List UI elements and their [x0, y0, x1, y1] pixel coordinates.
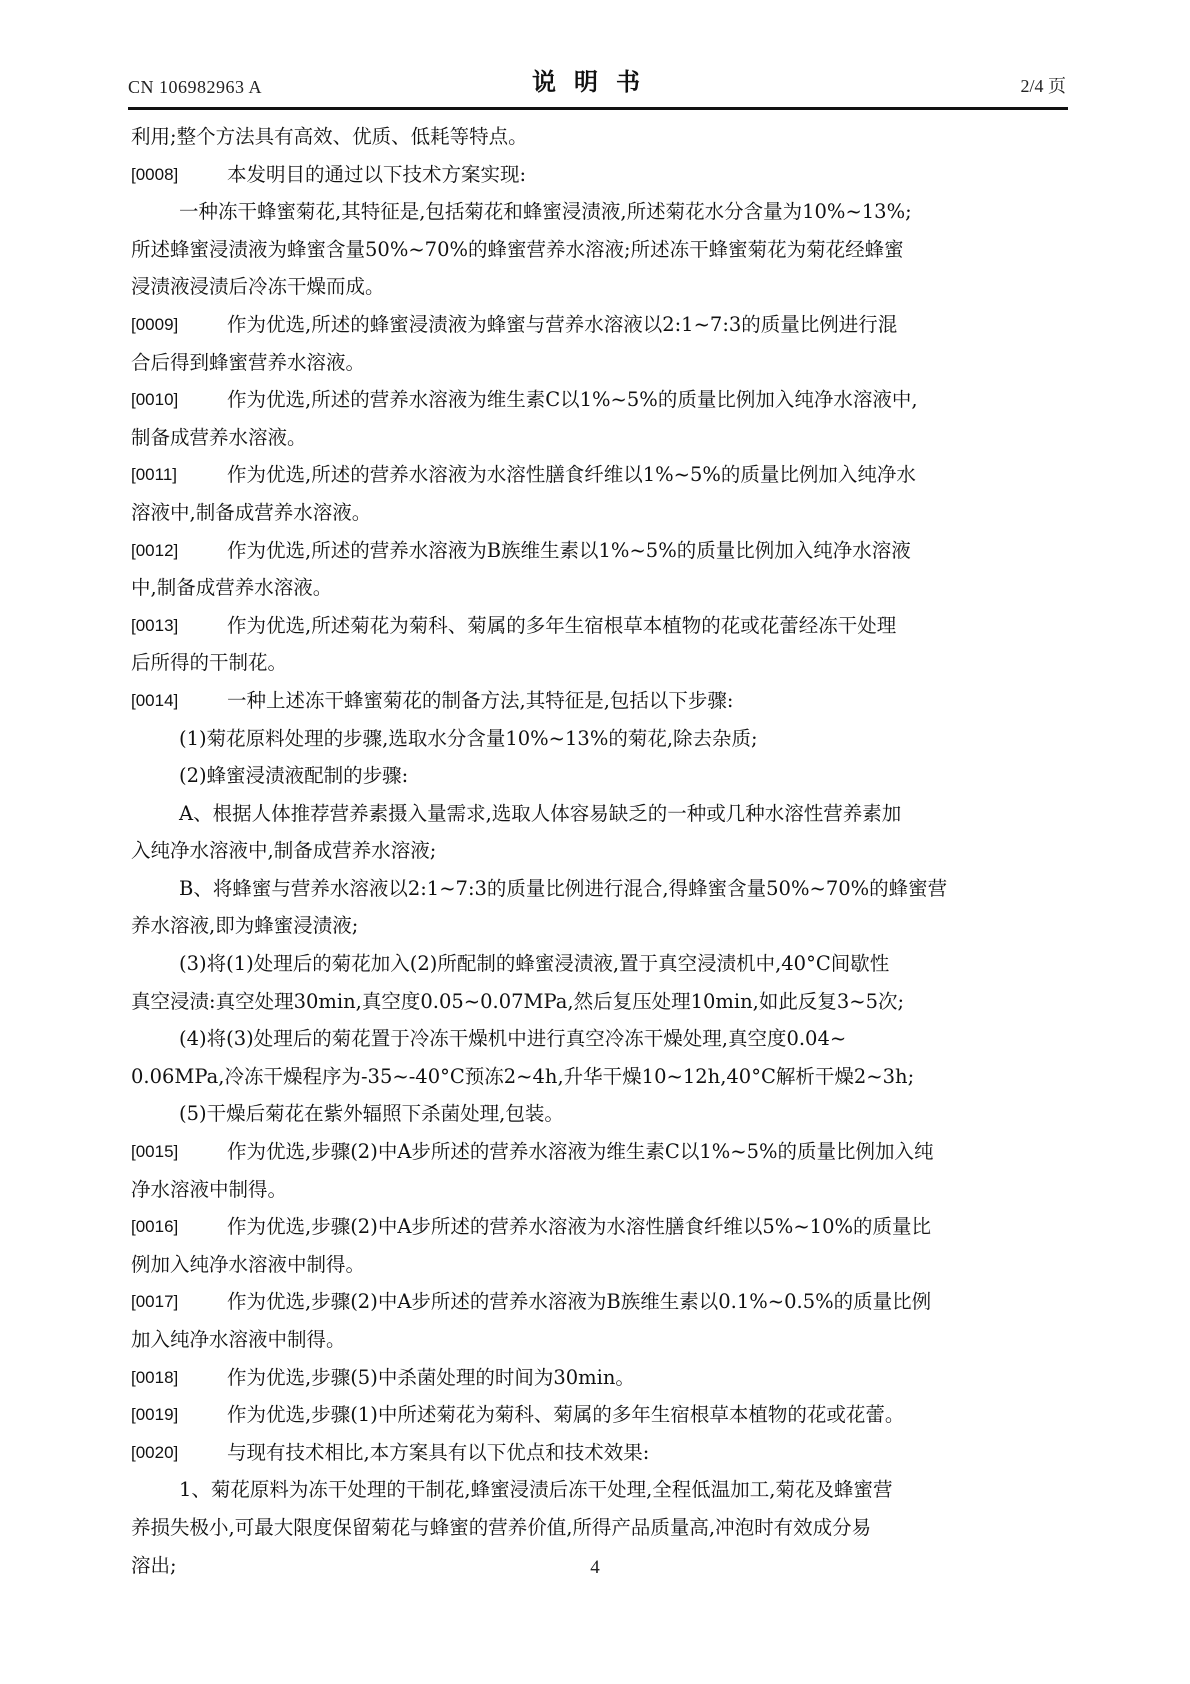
line-text: 例加入纯净水溶液中制得。 [131, 1246, 365, 1284]
paragraph-start-line: [0010]作为优选,所述的营养水溶液为维生素C以1%~5%的质量比例加入纯净水… [131, 381, 1071, 419]
line-text: (3)将(1)处理后的菊花加入(2)所配制的蜂蜜浸渍液,置于真空浸渍机中,40°… [179, 945, 889, 983]
text-line: 利用;整个方法具有高效、优质、低耗等特点。 [131, 118, 1071, 156]
paragraph-number: [0014] [131, 682, 227, 720]
line-text: 利用;整个方法具有高效、优质、低耗等特点。 [131, 118, 528, 156]
paragraph-number: [0012] [131, 532, 227, 570]
paragraph-start-line: [0016]作为优选,步骤(2)中A步所述的营养水溶液为水溶性膳食纤维以5%~1… [131, 1208, 1071, 1246]
text-line: 养水溶液,即为蜂蜜浸渍液; [131, 907, 1071, 945]
page-indicator: 2/4 页 [1020, 72, 1066, 98]
text-line: 例加入纯净水溶液中制得。 [131, 1246, 1071, 1284]
line-text: 本发明目的通过以下技术方案实现: [227, 156, 526, 194]
line-text: 0.06MPa,冷冻干燥程序为-35~-40°C预冻2~4h,升华干燥10~12… [131, 1058, 914, 1096]
paragraph-number: [0019] [131, 1396, 227, 1434]
header-rule [128, 107, 1068, 110]
line-text: 后所得的干制花。 [131, 644, 287, 682]
line-text: 作为优选,步骤(2)中A步所述的营养水溶液为B族维生素以0.1%~0.5%的质量… [227, 1283, 931, 1321]
text-line: 所述蜂蜜浸渍液为蜂蜜含量50%~70%的蜂蜜营养水溶液;所述冻干蜂蜜菊花为菊花经… [131, 231, 1071, 269]
paragraph-number: [0009] [131, 306, 227, 344]
text-line: 加入纯净水溶液中制得。 [131, 1321, 1071, 1359]
page-header: CN 106982963 A 说明书 2/4 页 [116, 62, 1074, 102]
line-text: 制备成营养水溶液。 [131, 419, 307, 457]
line-text: A、根据人体推荐营养素摄入量需求,选取人体容易缺乏的一种或几种水溶性营养素加 [179, 795, 901, 833]
text-line: 后所得的干制花。 [131, 644, 1071, 682]
paragraph-start-line: [0014]一种上述冻干蜂蜜菊花的制备方法,其特征是,包括以下步骤: [131, 682, 1071, 720]
paragraph-start-line: [0012]作为优选,所述的营养水溶液为B族维生素以1%~5%的质量比例加入纯净… [131, 532, 1071, 570]
line-text: (2)蜂蜜浸渍液配制的步骤: [179, 757, 408, 795]
text-line: 浸渍液浸渍后冷冻干燥而成。 [131, 268, 1071, 306]
text-line: (5)干燥后菊花在紫外辐照下杀菌处理,包装。 [131, 1095, 1071, 1133]
paragraph-number: [0013] [131, 607, 227, 645]
text-line: 制备成营养水溶液。 [131, 419, 1071, 457]
text-line: 养损失极小,可最大限度保留菊花与蜂蜜的营养价值,所得产品质量高,冲泡时有效成分易 [131, 1509, 1071, 1547]
line-text: 浸渍液浸渍后冷冻干燥而成。 [131, 268, 385, 306]
line-text: 一种冻干蜂蜜菊花,其特征是,包括菊花和蜂蜜浸渍液,所述菊花水分含量为10%~13… [179, 193, 912, 231]
page-number: 4 [0, 1557, 1190, 1579]
line-text: 作为优选,步骤(1)中所述菊花为菊科、菊属的多年生宿根草本植物的花或花蕾。 [227, 1396, 904, 1434]
line-text: 入纯净水溶液中,制备成营养水溶液; [131, 832, 436, 870]
line-text: 作为优选,所述菊花为菊科、菊属的多年生宿根草本植物的花或花蕾经冻干处理 [227, 607, 896, 645]
line-text: 加入纯净水溶液中制得。 [131, 1321, 346, 1359]
text-line: (2)蜂蜜浸渍液配制的步骤: [131, 757, 1071, 795]
paragraph-start-line: [0011]作为优选,所述的营养水溶液为水溶性膳食纤维以1%~5%的质量比例加入… [131, 456, 1071, 494]
text-line: 溶液中,制备成营养水溶液。 [131, 494, 1071, 532]
paragraph-start-line: [0017]作为优选,步骤(2)中A步所述的营养水溶液为B族维生素以0.1%~0… [131, 1283, 1071, 1321]
text-line: 1、菊花原料为冻干处理的干制花,蜂蜜浸渍后冻干处理,全程低温加工,菊花及蜂蜜营 [131, 1471, 1071, 1509]
line-text: 1、菊花原料为冻干处理的干制花,蜂蜜浸渍后冻干处理,全程低温加工,菊花及蜂蜜营 [179, 1471, 893, 1509]
line-text: 合后得到蜂蜜营养水溶液。 [131, 344, 365, 382]
paragraph-number: [0017] [131, 1283, 227, 1321]
text-line: 一种冻干蜂蜜菊花,其特征是,包括菊花和蜂蜜浸渍液,所述菊花水分含量为10%~13… [131, 193, 1071, 231]
line-text: 溶液中,制备成营养水溶液。 [131, 494, 371, 532]
text-line: 真空浸渍:真空处理30min,真空度0.05~0.07MPa,然后复压处理10m… [131, 983, 1071, 1021]
line-text: 中,制备成营养水溶液。 [131, 569, 332, 607]
paragraph-number: [0020] [131, 1434, 227, 1472]
paragraph-start-line: [0013]作为优选,所述菊花为菊科、菊属的多年生宿根草本植物的花或花蕾经冻干处… [131, 607, 1071, 645]
document-title: 说明书 [116, 62, 1074, 97]
line-text: 作为优选,步骤(2)中A步所述的营养水溶液为水溶性膳食纤维以5%~10%的质量比 [227, 1208, 931, 1246]
paragraph-start-line: [0008]本发明目的通过以下技术方案实现: [131, 156, 1071, 194]
text-line: A、根据人体推荐营养素摄入量需求,选取人体容易缺乏的一种或几种水溶性营养素加 [131, 795, 1071, 833]
paragraph-number: [0008] [131, 156, 227, 194]
text-line: 净水溶液中制得。 [131, 1171, 1071, 1209]
line-text: (1)菊花原料处理的步骤,选取水分含量10%~13%的菊花,除去杂质; [179, 720, 758, 758]
paragraph-start-line: [0015]作为优选,步骤(2)中A步所述的营养水溶液为维生素C以1%~5%的质… [131, 1133, 1071, 1171]
paragraph-start-line: [0020]与现有技术相比,本方案具有以下优点和技术效果: [131, 1434, 1071, 1472]
text-line: B、将蜂蜜与营养水溶液以2:1~7:3的质量比例进行混合,得蜂蜜含量50%~70… [131, 870, 1071, 908]
paragraph-start-line: [0019]作为优选,步骤(1)中所述菊花为菊科、菊属的多年生宿根草本植物的花或… [131, 1396, 1071, 1434]
paragraph-number: [0011] [131, 456, 227, 494]
text-line: (1)菊花原料处理的步骤,选取水分含量10%~13%的菊花,除去杂质; [131, 720, 1071, 758]
paragraph-number: [0018] [131, 1359, 227, 1397]
text-line: (3)将(1)处理后的菊花加入(2)所配制的蜂蜜浸渍液,置于真空浸渍机中,40°… [131, 945, 1071, 983]
text-line: (4)将(3)处理后的菊花置于冷冻干燥机中进行真空冷冻干燥处理,真空度0.04~ [131, 1020, 1071, 1058]
line-text: 养损失极小,可最大限度保留菊花与蜂蜜的营养价值,所得产品质量高,冲泡时有效成分易 [131, 1509, 871, 1547]
paragraph-start-line: [0018]作为优选,步骤(5)中杀菌处理的时间为30min。 [131, 1359, 1071, 1397]
paragraph-number: [0016] [131, 1208, 227, 1246]
line-text: 养水溶液,即为蜂蜜浸渍液; [131, 907, 358, 945]
document-body: 利用;整个方法具有高效、优质、低耗等特点。[0008]本发明目的通过以下技术方案… [131, 118, 1071, 1584]
text-line: 中,制备成营养水溶液。 [131, 569, 1071, 607]
line-text: 作为优选,所述的营养水溶液为水溶性膳食纤维以1%~5%的质量比例加入纯净水 [227, 456, 916, 494]
text-line: 合后得到蜂蜜营养水溶液。 [131, 344, 1071, 382]
line-text: 真空浸渍:真空处理30min,真空度0.05~0.07MPa,然后复压处理10m… [131, 983, 904, 1021]
text-line: 0.06MPa,冷冻干燥程序为-35~-40°C预冻2~4h,升华干燥10~12… [131, 1058, 1071, 1096]
paragraph-number: [0015] [131, 1133, 227, 1171]
text-line: 入纯净水溶液中,制备成营养水溶液; [131, 832, 1071, 870]
line-text: 一种上述冻干蜂蜜菊花的制备方法,其特征是,包括以下步骤: [227, 682, 733, 720]
line-text: (4)将(3)处理后的菊花置于冷冻干燥机中进行真空冷冻干燥处理,真空度0.04~ [179, 1020, 846, 1058]
paragraph-start-line: [0009]作为优选,所述的蜂蜜浸渍液为蜂蜜与营养水溶液以2:1~7:3的质量比… [131, 306, 1071, 344]
line-text: (5)干燥后菊花在紫外辐照下杀菌处理,包装。 [179, 1095, 564, 1133]
line-text: 作为优选,所述的营养水溶液为维生素C以1%~5%的质量比例加入纯净水溶液中, [227, 381, 918, 419]
line-text: 作为优选,所述的营养水溶液为B族维生素以1%~5%的质量比例加入纯净水溶液 [227, 532, 911, 570]
line-text: 作为优选,步骤(5)中杀菌处理的时间为30min。 [227, 1359, 635, 1397]
line-text: 净水溶液中制得。 [131, 1171, 287, 1209]
paragraph-number: [0010] [131, 381, 227, 419]
line-text: 作为优选,步骤(2)中A步所述的营养水溶液为维生素C以1%~5%的质量比例加入纯 [227, 1133, 934, 1171]
line-text: 所述蜂蜜浸渍液为蜂蜜含量50%~70%的蜂蜜营养水溶液;所述冻干蜂蜜菊花为菊花经… [131, 231, 904, 269]
line-text: B、将蜂蜜与营养水溶液以2:1~7:3的质量比例进行混合,得蜂蜜含量50%~70… [179, 870, 947, 908]
line-text: 作为优选,所述的蜂蜜浸渍液为蜂蜜与营养水溶液以2:1~7:3的质量比例进行混 [227, 306, 897, 344]
line-text: 与现有技术相比,本方案具有以下优点和技术效果: [227, 1434, 649, 1472]
